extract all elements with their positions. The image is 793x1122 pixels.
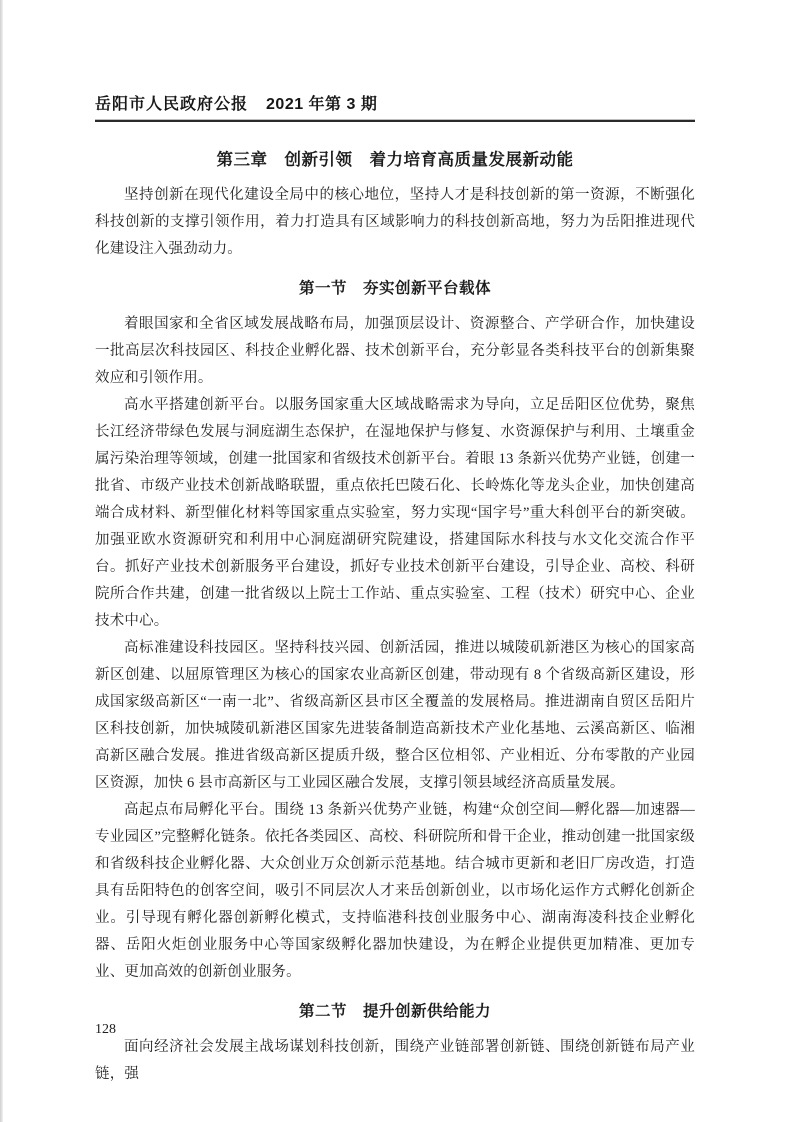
page-scan-edge [0,0,3,1122]
section-1-paragraph-1: 着眼国家和全省区域发展战略布局，加强顶层设计、资源整合、产学研合作，加快建设一批… [95,311,695,392]
intro-paragraph: 坚持创新在现代化建设全局中的核心地位，坚持人才是科技创新的第一资源，不断强化科技… [95,182,695,263]
page-content: 岳阳市人民政府公报2021 年第 3 期 第三章 创新引领 着力培育高质量发展新… [95,96,695,1088]
running-header: 岳阳市人民政府公报2021 年第 3 期 [95,96,695,114]
section-2-paragraph-1: 面向经济社会发展主战场谋划科技创新，围绕产业链部署创新链、围绕创新链布局产业链，… [95,1034,695,1088]
header-rule [95,120,695,122]
gazette-page: 岳阳市人民政府公报2021 年第 3 期 第三章 创新引领 着力培育高质量发展新… [0,0,793,1122]
gazette-issue: 2021 年第 3 期 [266,96,377,113]
section-1-heading: 第一节 夯实创新平台载体 [95,276,695,298]
section-2-heading: 第二节 提升创新供给能力 [95,999,695,1021]
section-1-paragraph-4: 高起点布局孵化平台。围绕 13 条新兴优势产业链，构建“众创空间—孵化器—加速器… [95,797,695,986]
section-1-paragraph-2: 高水平搭建创新平台。以服务国家重大区域战略需求为导向，立足岳阳区位优势，聚焦长江… [95,392,695,635]
page-number: 128 [95,1022,116,1038]
gazette-title: 岳阳市人民政府公报 [95,96,248,113]
chapter-heading: 第三章 创新引领 着力培育高质量发展新动能 [95,146,695,170]
section-1-paragraph-3: 高标准建设科技园区。坚持科技兴园、创新活园，推进以城陵矶新港区为核心的国家高新区… [95,635,695,797]
